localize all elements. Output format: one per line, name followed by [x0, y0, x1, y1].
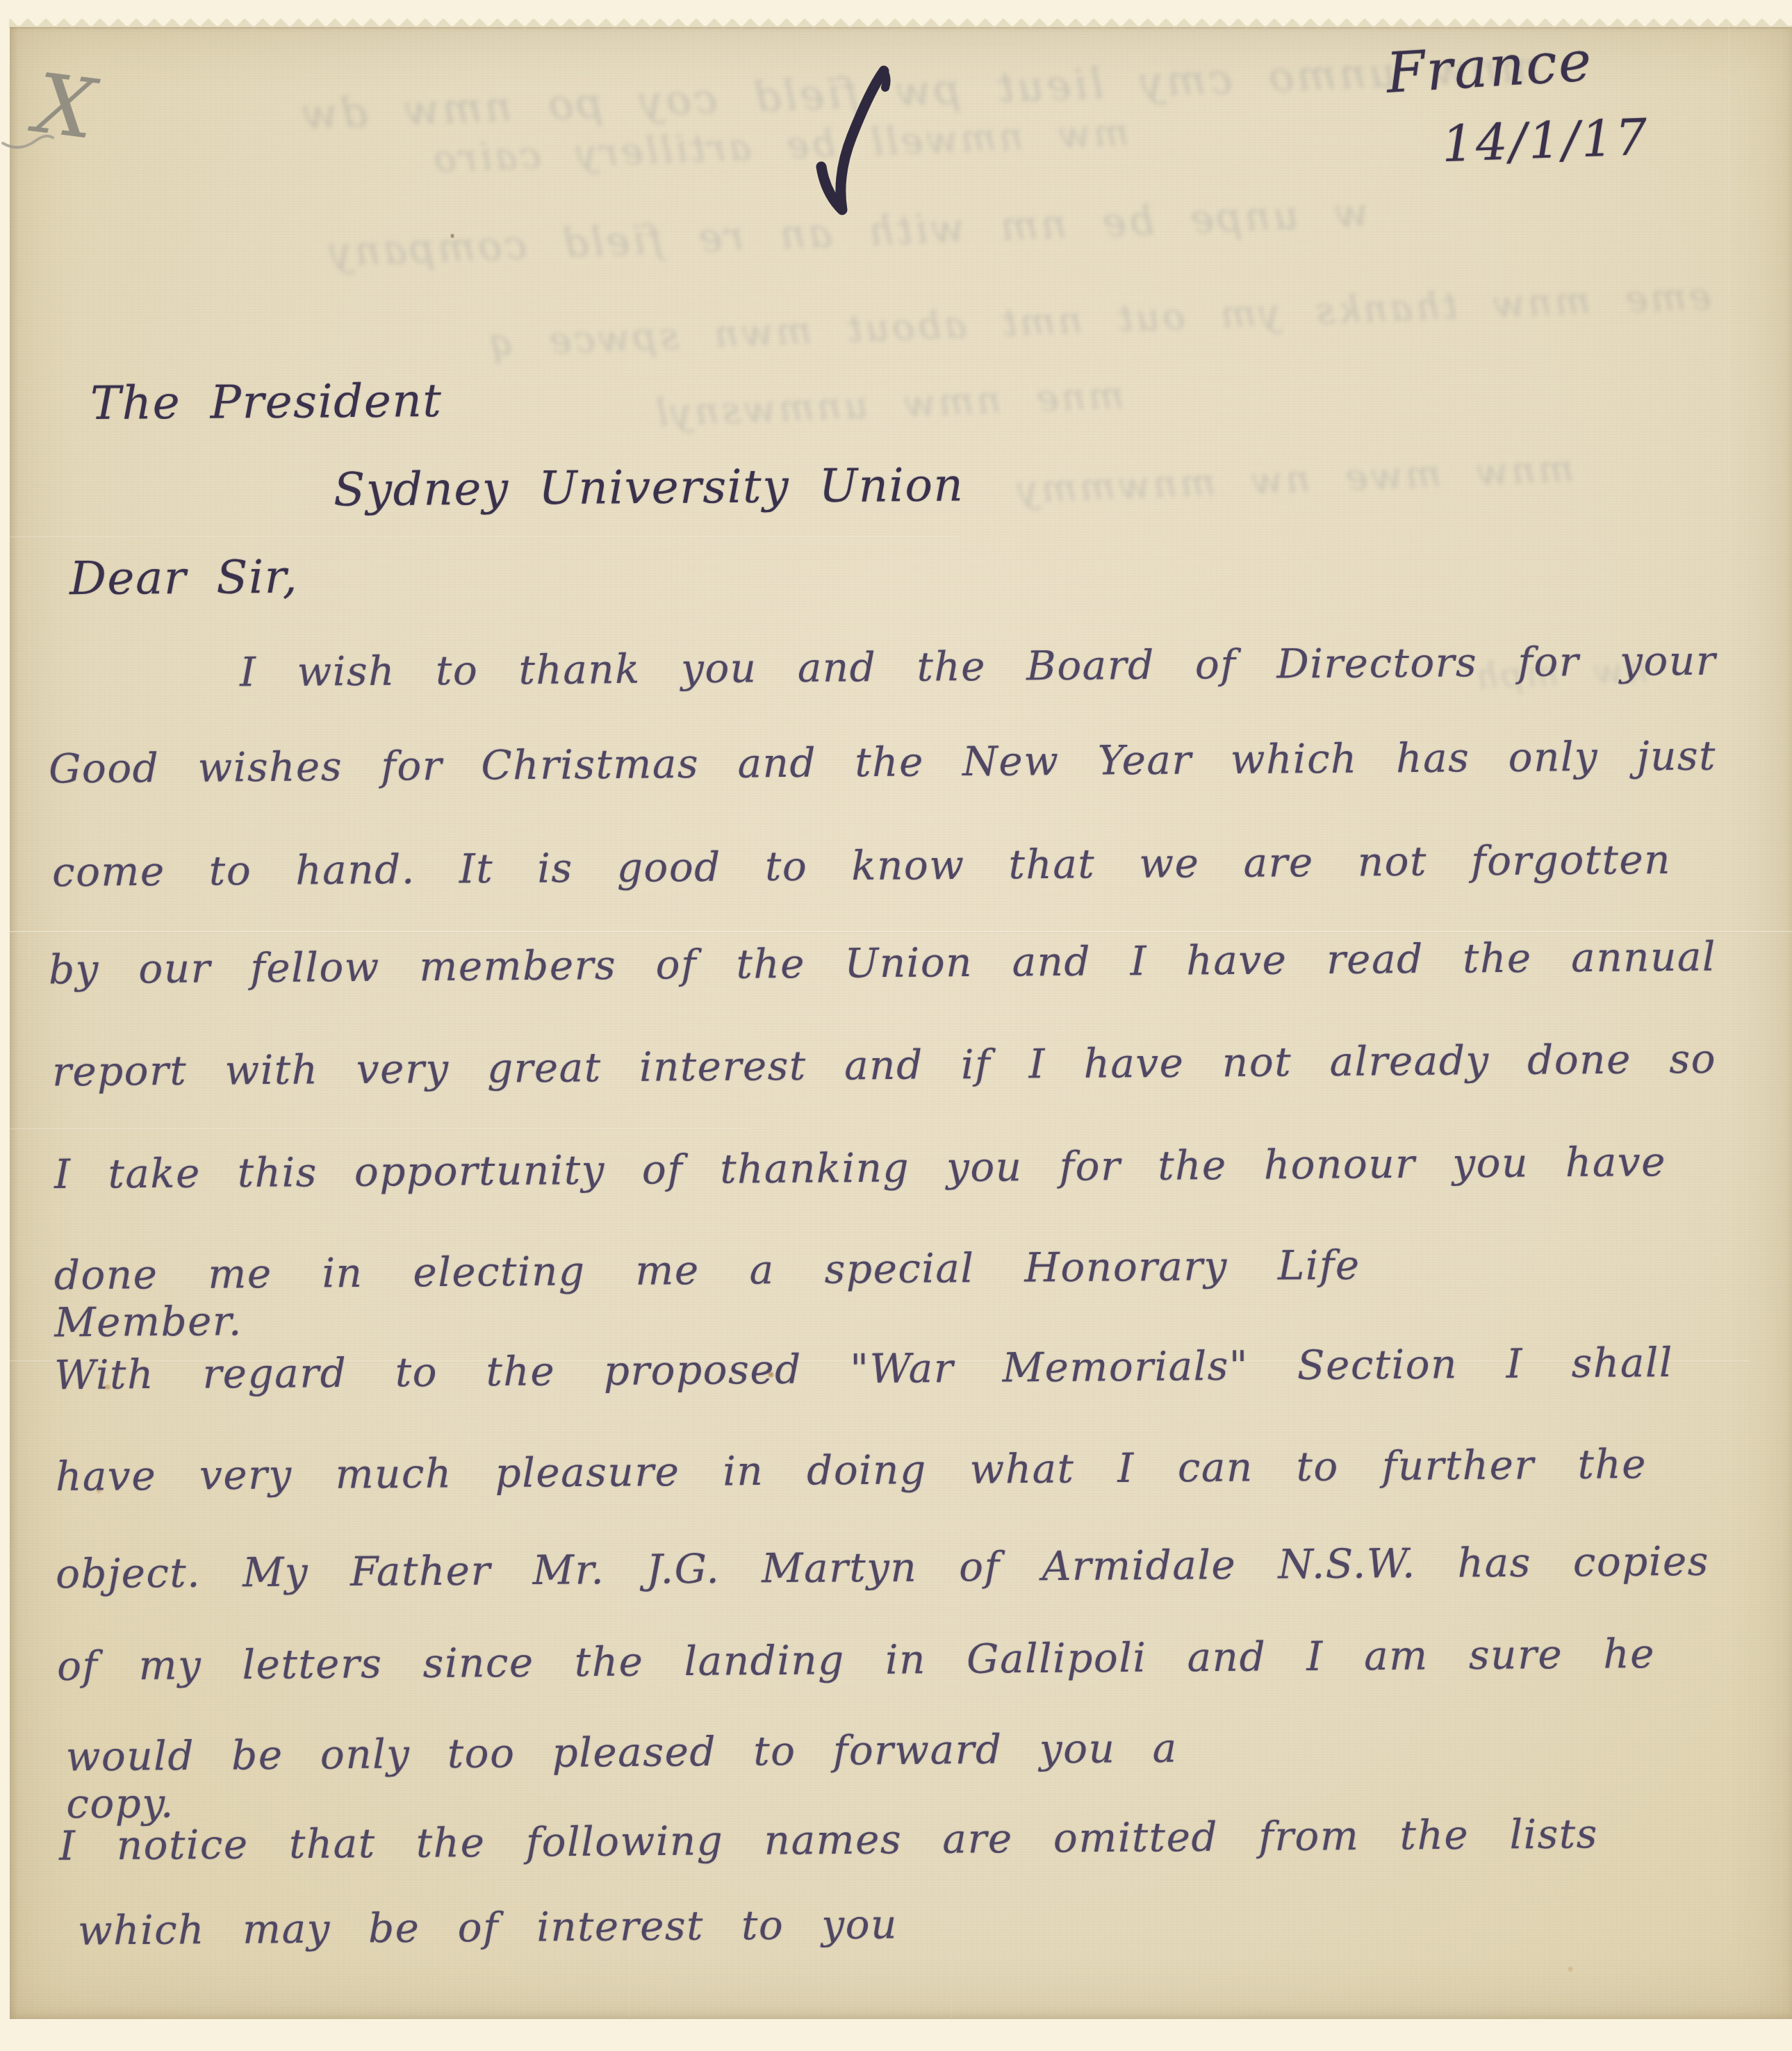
letter-line: Good wishes for Christmas and the New Ye… — [49, 732, 1716, 793]
letter-line: The President — [90, 374, 443, 430]
letter-line: With regard to the proposed "War Memoria… — [54, 1339, 1673, 1399]
letter-line: Sydney University Union — [334, 458, 964, 516]
letter-line: come to hand. It is good to know that we… — [52, 836, 1671, 896]
letter-line: I wish to thank you and the Board of Dir… — [240, 637, 1716, 696]
letter-line: which may be of interest to you — [78, 1900, 898, 1954]
letter-line: Dear Sir, — [69, 550, 299, 606]
letter-line: by our fellow members of the Union and I… — [49, 933, 1716, 994]
letter-line: report with very great interest and if I… — [52, 1035, 1716, 1096]
letter-line: of my letters since the landing in Galli… — [57, 1630, 1655, 1690]
letter-line: done me in electing me a special Honorar… — [54, 1242, 1361, 1346]
letter-line: object. My Father Mr. J.G. Martyn of Arm… — [56, 1538, 1709, 1598]
letter-line: have very much pleasure in doing what I … — [56, 1440, 1647, 1500]
letter-line: I take this opportunity of thanking you … — [54, 1138, 1666, 1198]
letter-line: would be only too pleased to forward you… — [65, 1724, 1178, 1828]
letter-body: The PresidentSydney University UnionDear… — [0, 0, 1792, 2051]
scanned-letter-page: mnw unmo cmy lieut pw field coy po nmw d… — [0, 0, 1792, 2051]
